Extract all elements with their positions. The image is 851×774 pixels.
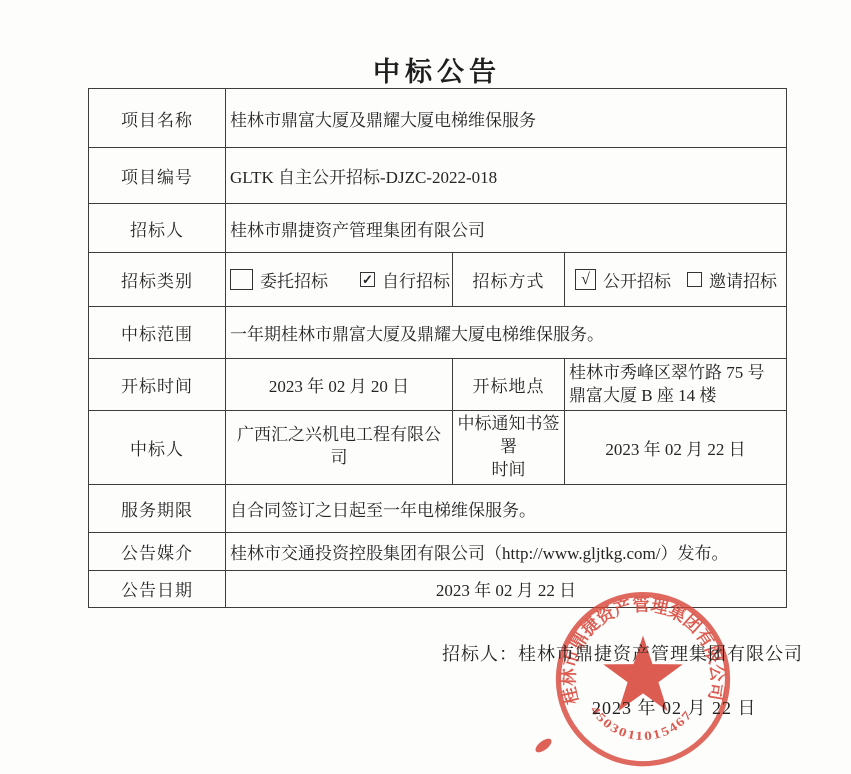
- row-announcement-date: 公告日期 2023 年 02 月 22 日: [89, 570, 787, 607]
- tender-category-options: 委托招标 ✓ 自行招标: [226, 253, 453, 307]
- announcement-media-label: 公告媒介: [89, 532, 226, 570]
- award-scope-value: 一年期桂林市鼎富大厦及鼎耀大厦电梯维保服务。: [226, 307, 787, 359]
- tender-method-label: 招标方式: [453, 253, 565, 307]
- document-page: 中标公告 项目名称 桂林市鼎富大厦及鼎耀大厦电梯维保服务 项目编号 GLTK 自…: [0, 0, 851, 774]
- page-title: 中标公告: [88, 50, 786, 89]
- footer-date: 2023 年 02 月 22 日: [592, 694, 757, 720]
- option-open-label: 公开招标: [603, 267, 671, 292]
- tender-method-options: √ 公开招标 邀请招标: [565, 253, 787, 307]
- bid-opening-place-value: 桂林市秀峰区翠竹路 75 号 鼎富大厦 B 座 14 楼: [565, 359, 787, 411]
- announcement-date-value: 2023 年 02 月 22 日: [226, 570, 787, 607]
- option-invite-label: 邀请招标: [709, 267, 777, 292]
- row-project-number: 项目编号 GLTK 自主公开招标-DJZC-2022-018: [89, 148, 787, 204]
- project-name-value: 桂林市鼎富大厦及鼎耀大厦电梯维保服务: [226, 89, 787, 148]
- winner-label: 中标人: [89, 411, 226, 485]
- check-icon: √: [581, 272, 590, 288]
- checkbox-invite-unchecked: [687, 272, 702, 287]
- service-period-label: 服务期限: [89, 484, 226, 532]
- tenderer-label: 招标人: [89, 204, 226, 253]
- award-scope-label: 中标范围: [89, 307, 226, 359]
- notice-sign-time-label: 中标通知书签 署 时间: [453, 411, 565, 485]
- row-project-name: 项目名称 桂林市鼎富大厦及鼎耀大厦电梯维保服务: [89, 89, 787, 148]
- tender-category-label: 招标类别: [89, 253, 226, 307]
- row-tender-category: 招标类别 委托招标 ✓ 自行招标 招标方式 √: [89, 253, 787, 307]
- checkbox-open-checked: √: [575, 269, 596, 290]
- checkbox-entrust-unchecked: [230, 269, 253, 290]
- project-name-label: 项目名称: [89, 89, 226, 148]
- announcement-date-label: 公告日期: [89, 570, 226, 607]
- row-announcement-media: 公告媒介 桂林市交通投资控股集团有限公司（http://www.gljtkg.c…: [89, 532, 787, 570]
- bid-opening-place-label: 开标地点: [453, 359, 565, 411]
- row-winner: 中标人 广西汇之兴机电工程有限公 司 中标通知书签 署 时间 2023 年 02…: [89, 411, 787, 485]
- project-number-value: GLTK 自主公开招标-DJZC-2022-018: [226, 148, 787, 204]
- project-number-label: 项目编号: [89, 148, 226, 204]
- tenderer-value: 桂林市鼎捷资产管理集团有限公司: [226, 204, 787, 253]
- seal-ring: [558, 595, 727, 764]
- notice-sign-time-value: 2023 年 02 月 22 日: [565, 411, 787, 485]
- company-seal-stamp: 桂林市鼎捷资产管理集团有限公司 4503011015467: [548, 587, 738, 774]
- row-bid-opening: 开标时间 2023 年 02 月 20 日 开标地点 桂林市秀峰区翠竹路 75 …: [89, 359, 787, 411]
- check-icon: ✓: [362, 273, 373, 286]
- bid-announcement-table: 项目名称 桂林市鼎富大厦及鼎耀大厦电梯维保服务 项目编号 GLTK 自主公开招标…: [88, 88, 787, 608]
- row-award-scope: 中标范围 一年期桂林市鼎富大厦及鼎耀大厦电梯维保服务。: [89, 307, 787, 359]
- announcement-media-value: 桂林市交通投资控股集团有限公司（http://www.gljtkg.com/）发…: [226, 532, 787, 570]
- option-self-label: 自行招标: [382, 267, 450, 292]
- footer-signer-line: 招标人：桂林市鼎捷资产管理集团有限公司: [442, 640, 803, 666]
- option-entrust-label: 委托招标: [260, 267, 328, 292]
- winner-name: 广西汇之兴机电工程有限公 司: [226, 411, 453, 485]
- bid-opening-time-value: 2023 年 02 月 20 日: [226, 359, 453, 411]
- seal-ink-smudge: [533, 736, 554, 755]
- row-service-period: 服务期限 自合同签订之日起至一年电梯维保服务。: [89, 484, 787, 532]
- service-period-value: 自合同签订之日起至一年电梯维保服务。: [226, 484, 787, 532]
- checkbox-self-checked: ✓: [360, 272, 375, 287]
- bid-opening-time-label: 开标时间: [89, 359, 226, 411]
- row-tenderer: 招标人 桂林市鼎捷资产管理集团有限公司: [89, 204, 787, 253]
